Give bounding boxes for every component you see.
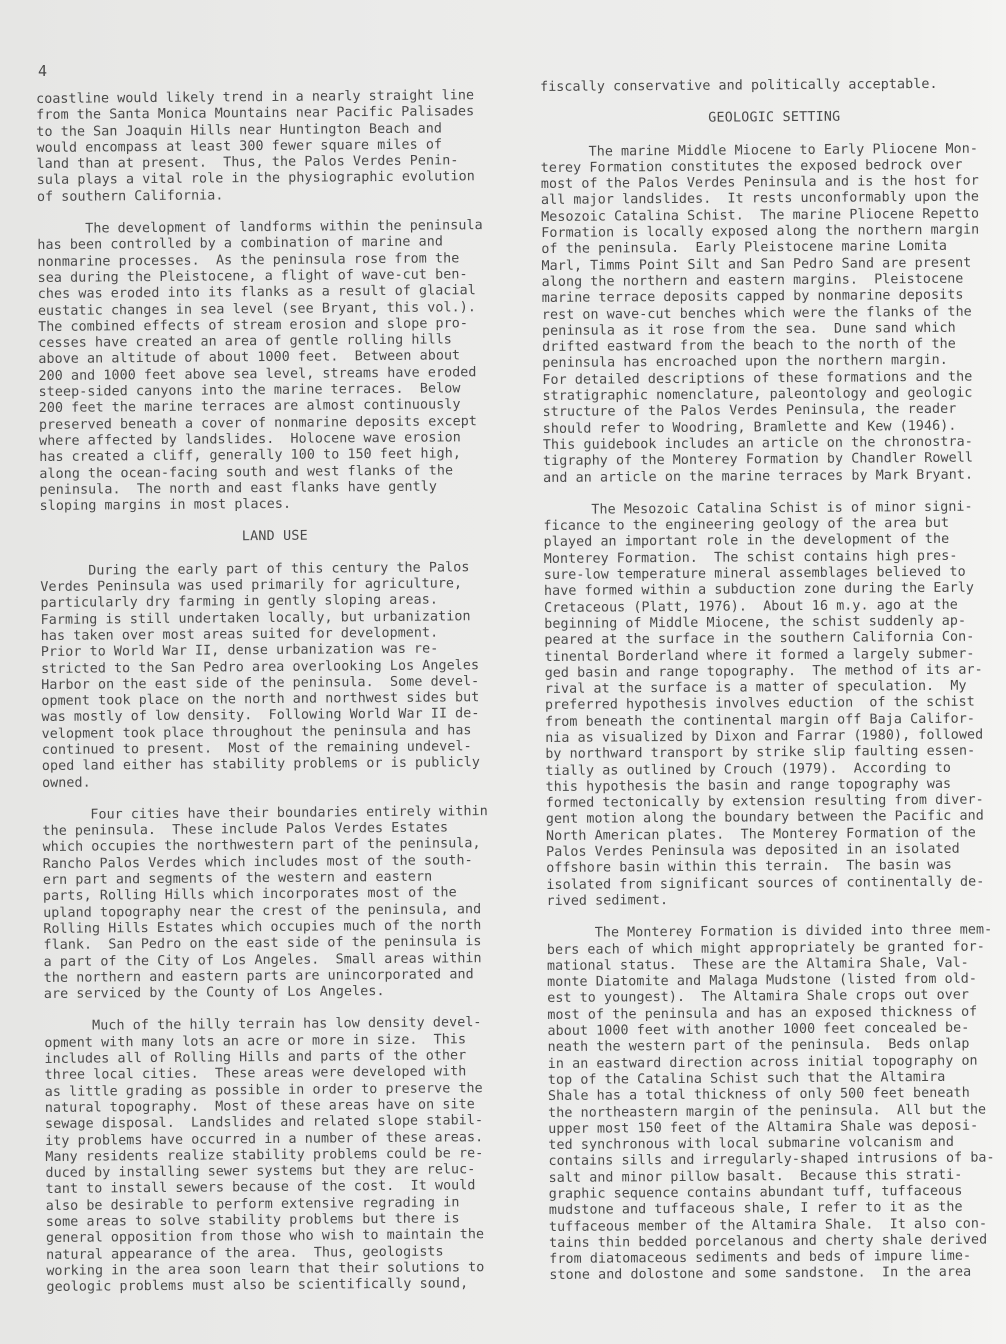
text-line: are serviced by the County of Los Angele… bbox=[44, 983, 514, 1003]
text-line: fiscally conservative and politically ac… bbox=[540, 76, 1006, 96]
paragraph-landforms: The development of landforms within the … bbox=[37, 218, 510, 515]
paragraph-hilly-terrain: Much of the hilly terrain has low densit… bbox=[44, 1015, 516, 1296]
text-line: rived sediment. bbox=[546, 890, 1006, 910]
paragraph-catalina-schist: The Mesozoic Catalina Schist is of minor… bbox=[543, 499, 1006, 910]
text-line: geologic problems must also be scientifi… bbox=[46, 1276, 516, 1296]
text-line: and an article on the marine terraces by… bbox=[543, 467, 1006, 487]
left-column: coastline would likely trend in a nearly… bbox=[36, 88, 517, 1313]
paragraph-monterey-formation: The marine Middle Miocene to Early Plioc… bbox=[541, 141, 1006, 487]
heading-land-use: LAND USE bbox=[40, 527, 510, 547]
paragraph-continuation: fiscally conservative and politically ac… bbox=[540, 76, 1006, 96]
right-column: fiscally conservative and politically ac… bbox=[540, 76, 1006, 1300]
text-line: of southern California. bbox=[37, 186, 507, 206]
text-line: sloping margins in most places. bbox=[40, 495, 510, 515]
paragraph-coastline: coastline would likely trend in a nearly… bbox=[36, 88, 507, 206]
paragraph-agriculture: During the early part of this century th… bbox=[40, 560, 512, 792]
paragraph-monterey-members: The Monterey Formation is divided into t… bbox=[547, 923, 1006, 1285]
heading-geologic-setting: GEOLOGIC SETTING bbox=[540, 109, 1006, 129]
text-line: stone and dolostone and some sandstone. … bbox=[549, 1265, 1006, 1285]
paragraph-cities: Four cities have their boundaries entire… bbox=[42, 804, 514, 1004]
page-number: 4 bbox=[38, 62, 47, 80]
